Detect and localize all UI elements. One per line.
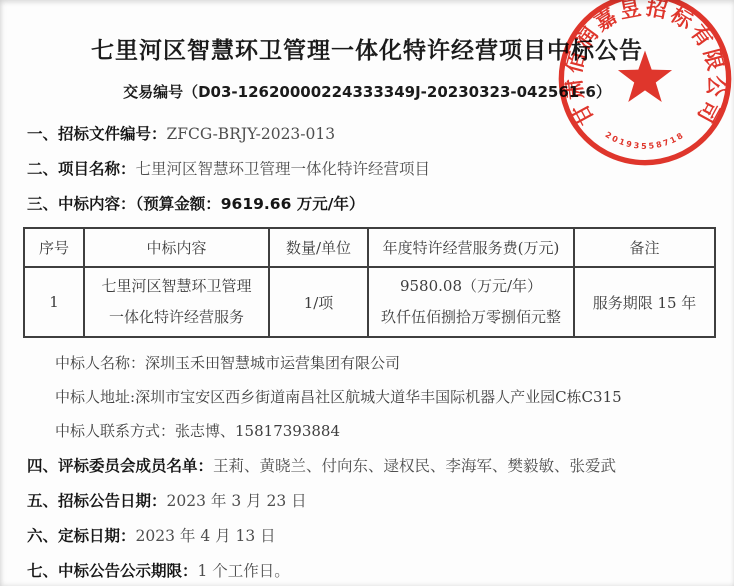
winner-address-line: 中标人地址:深圳市宝安区西乡街道南昌社区航城大道华丰国际机器人产业园C栋C315 (55, 387, 718, 407)
cell-seq-no: 1 (24, 267, 84, 337)
col-award-content: 中标内容 (84, 228, 269, 267)
cell-award-content-line1: 七里河区智慧环卫管理 (85, 271, 268, 302)
item-award-content-value: （预算金额：9619.66 万元/年） (136, 195, 365, 213)
item-publicity-period-value: 1 个工作日。 (198, 562, 290, 580)
item-announce-date-value: 2023 年 3 月 23 日 (167, 492, 307, 510)
item-tender-doc-no: 一、招标文件编号：ZFCG-BRJY-2023-013 (27, 125, 718, 144)
cell-annual-fee: 9580.08（万元/年） 玖仟伍佰捌拾万零捌佰元整 (368, 267, 574, 337)
item-award-date: 六、定标日期：2023 年 4 月 13 日 (27, 527, 718, 546)
award-table: 序号 中标内容 数量/单位 年度特许经营服务费(万元) 备注 1 七里河区智慧环… (23, 227, 716, 338)
transaction-number: 交易编号（D03-12620000224333349J-20230323-042… (0, 81, 734, 102)
winner-address-value: 深圳市宝安区西乡街道南昌社区航城大道华丰国际机器人产业园C栋C315 (135, 388, 622, 406)
winner-name-label: 中标人名称： (55, 354, 145, 372)
item-announce-date-label: 五、招标公告日期： (27, 492, 167, 510)
item-committee-label: 四、评标委员会成员名单： (27, 457, 213, 475)
item-award-date-value: 2023 年 4 月 13 日 (136, 527, 276, 545)
item-committee-value: 王莉、黄晓兰、付向东、逯权民、李海军、樊毅敏、张爱武 (213, 457, 616, 475)
cell-annual-fee-words: 玖仟伍佰捌拾万零捌佰元整 (369, 302, 573, 333)
cell-qty-unit: 1/项 (269, 267, 368, 337)
col-seq-no: 序号 (24, 228, 84, 267)
item-tender-doc-no-label: 一、招标文件编号： (27, 125, 167, 143)
col-annual-fee: 年度特许经营服务费(万元) (368, 228, 574, 267)
item-award-date-label: 六、定标日期： (27, 527, 136, 545)
item-tender-doc-no-value: ZFCG-BRJY-2023-013 (167, 125, 336, 143)
bid-award-announcement-page: { "document": { "title": "七里河区智慧环卫管理一体化特… (0, 0, 734, 586)
winner-contact-label: 中标人联系方式： (55, 422, 175, 440)
item-project-name-value: 七里河区智慧环卫管理一体化特许经营项目 (136, 160, 431, 178)
item-announce-date: 五、招标公告日期：2023 年 3 月 23 日 (27, 492, 718, 511)
document-title: 七里河区智慧环卫管理一体化特许经营项目中标公告 (34, 38, 700, 65)
winner-contact-line: 中标人联系方式：张志博、15817393884 (55, 421, 718, 441)
cell-award-content-line2: 一体化特许经营服务 (85, 302, 268, 333)
winner-name-line: 中标人名称：深圳玉禾田智慧城市运营集团有限公司 (55, 353, 718, 373)
item-project-name-label: 二、项目名称： (27, 160, 136, 178)
cell-remark: 服务期限 15 年 (574, 267, 715, 337)
col-remark: 备注 (574, 228, 715, 267)
winner-contact-value: 张志博、15817393884 (175, 422, 340, 440)
winner-address-label: 中标人地址: (55, 388, 135, 406)
item-publicity-period-label: 七、中标公告公示期限： (27, 562, 198, 580)
cell-award-content: 七里河区智慧环卫管理 一体化特许经营服务 (84, 267, 269, 337)
winner-name-value: 深圳玉禾田智慧城市运营集团有限公司 (145, 354, 400, 372)
item-award-content: 三、中标内容：（预算金额：9619.66 万元/年） (27, 195, 718, 214)
cell-annual-fee-number: 9580.08（万元/年） (369, 271, 573, 302)
award-table-header-row: 序号 中标内容 数量/单位 年度特许经营服务费(万元) 备注 (24, 228, 715, 267)
award-table-row: 1 七里河区智慧环卫管理 一体化特许经营服务 1/项 9580.08（万元/年）… (24, 267, 715, 337)
col-qty-unit: 数量/单位 (269, 228, 368, 267)
item-publicity-period: 七、中标公告公示期限：1 个工作日。 (27, 562, 718, 581)
item-committee: 四、评标委员会成员名单：王莉、黄晓兰、付向东、逯权民、李海军、樊毅敏、张爱武 (27, 457, 718, 476)
item-award-content-label: 三、中标内容： (27, 195, 136, 213)
item-project-name: 二、项目名称：七里河区智慧环卫管理一体化特许经营项目 (27, 160, 718, 179)
